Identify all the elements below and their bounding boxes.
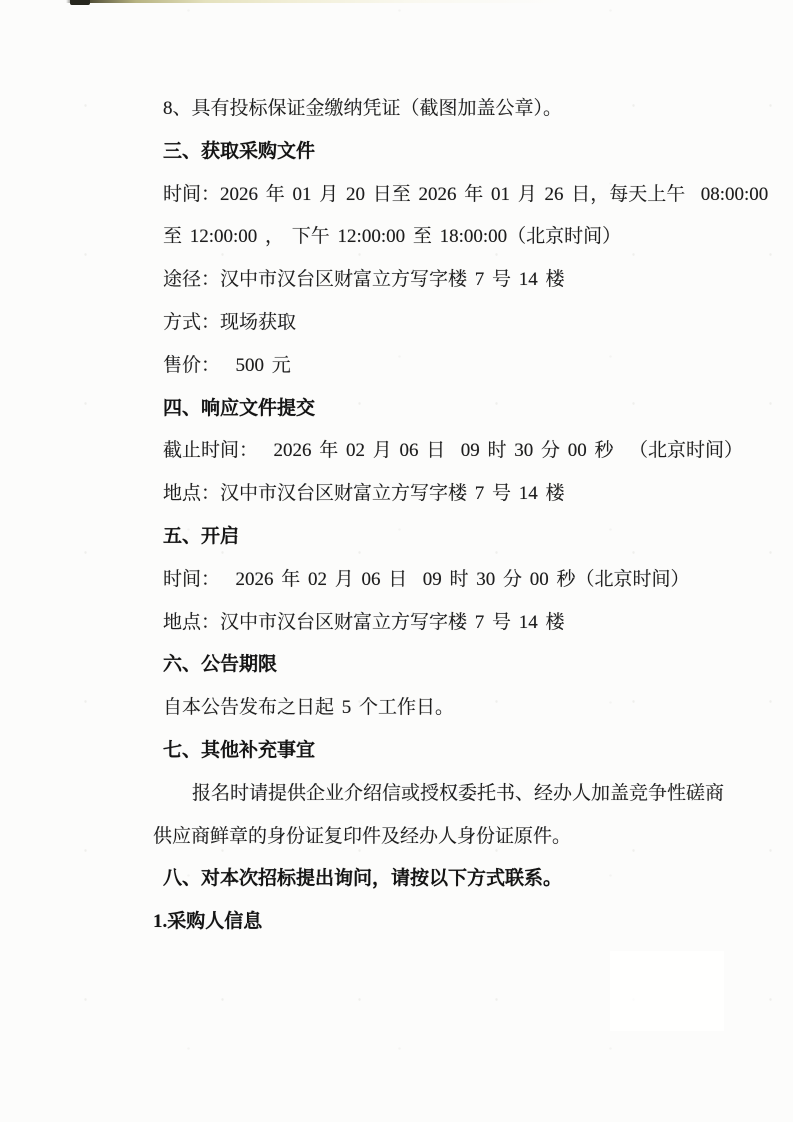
section-heading: 三、获取采购文件: [163, 131, 708, 174]
section-heading: 四、响应文件提交: [163, 388, 708, 431]
paragraph: 8、具有投标保证金缴纳凭证（截图加盖公章）。: [163, 88, 708, 131]
paragraph: 途径：汉中市汉台区财富立方写字楼 7 号 14 楼: [163, 259, 708, 302]
paragraph: 时间：2026 年 01 月 20 日至 2026 年 01 月 26 日，每天…: [163, 174, 708, 217]
section-heading: 1.采购人信息: [153, 901, 708, 944]
paragraph: 时间： 2026 年 02 月 06 日 09 时 30 分 00 秒（北京时间…: [163, 559, 708, 602]
section-heading: 六、公告期限: [163, 644, 708, 687]
paragraph: 方式：现场获取: [163, 302, 708, 345]
scan-light-patch: [610, 951, 724, 1031]
paragraph: 地点：汉中市汉台区财富立方写字楼 7 号 14 楼: [163, 473, 708, 516]
scan-edge-artifact: [66, 0, 564, 3]
paragraph: 自本公告发布之日起 5 个工作日。: [163, 687, 708, 730]
section-heading: 七、其他补充事宜: [163, 730, 708, 773]
paragraph: 供应商鲜章的身份证复印件及经办人身份证原件。: [153, 816, 708, 859]
paragraph: 售价： 500 元: [163, 345, 708, 388]
section-heading: 八、对本次招标提出询问，请按以下方式联系。: [163, 858, 708, 901]
paragraph: 至 12:00:00 ， 下午 12:00:00 至 18:00:00（北京时间…: [163, 216, 708, 259]
paragraph: 报名时请提供企业介绍信或授权委托书、经办人加盖竞争性磋商: [163, 773, 708, 816]
paragraph: 地点：汉中市汉台区财富立方写字楼 7 号 14 楼: [163, 602, 708, 645]
paragraph: 截止时间： 2026 年 02 月 06 日 09 时 30 分 00 秒 （北…: [163, 430, 708, 473]
document-body: 8、具有投标保证金缴纳凭证（截图加盖公章）。三、获取采购文件时间：2026 年 …: [163, 88, 708, 944]
section-heading: 五、开启: [163, 516, 708, 559]
scan-dark-mark: [70, 0, 90, 5]
